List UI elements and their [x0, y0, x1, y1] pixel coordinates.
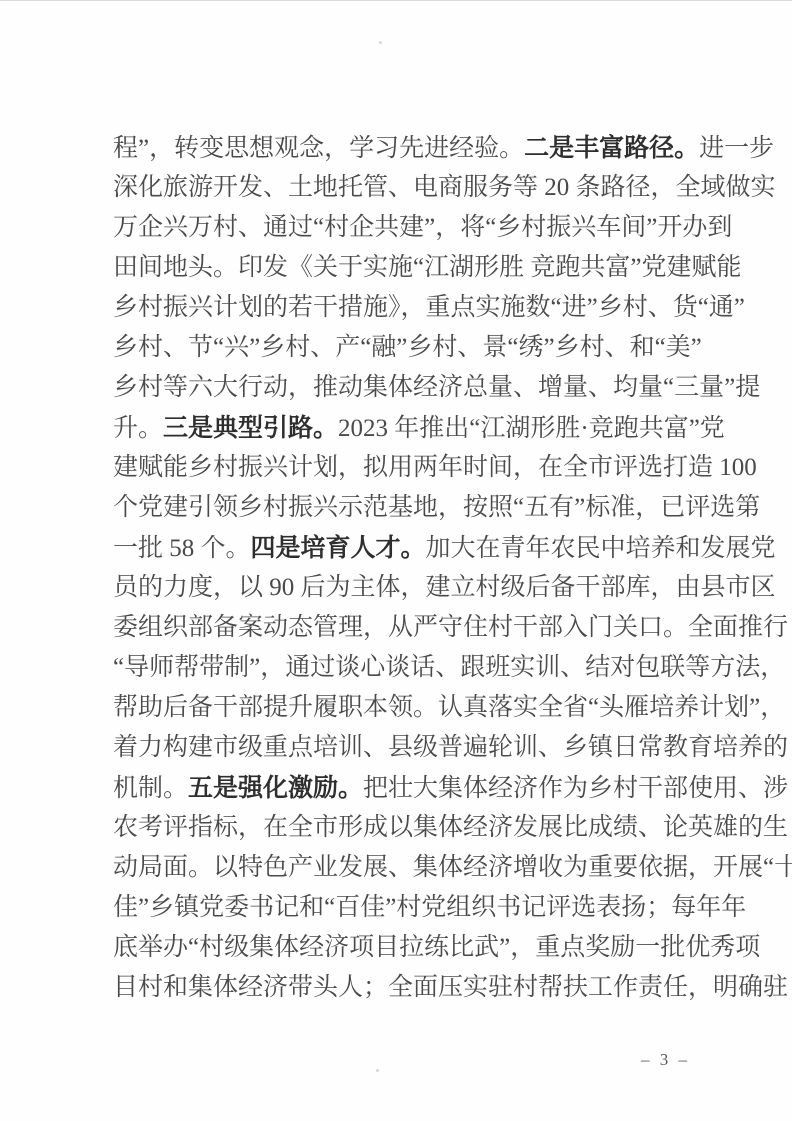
- text-line: 着力构建市级重点培训、县级普遍轮训、乡镇日常教育培养的: [113, 728, 698, 768]
- text-line: 乡村等六大行动，推动集体经济总量、增量、均量“三量”提: [113, 368, 698, 408]
- text-line: 乡村振兴计划的若干措施》，重点实施数“进”乡村、货“通”: [113, 288, 698, 328]
- bold-heading-run: 五是强化激励。: [188, 774, 363, 802]
- text-run: 底举办“村级集体经济项目拉练比武”，重点奖励一批优秀项: [113, 934, 760, 961]
- text-run: 乡村振兴计划的若干措施》，重点实施数“进”乡村、货“通”: [113, 294, 745, 321]
- bold-heading-run: 三是典型引路。: [163, 414, 338, 442]
- text-line: 升。三是典型引路。2023 年推出“江湖形胜·竞跑共富”党: [113, 408, 698, 448]
- text-run: 农考评指标，在全市形成以集体经济发展比成绩、论英雄的生: [113, 814, 788, 841]
- text-line: 目村和集体经济带头人；全面压实驻村帮扶工作责任，明确驻: [113, 968, 698, 1008]
- text-line: 乡村、节“兴”乡村、产“融”乡村、景“绣”乡村、和“美”: [113, 328, 698, 368]
- text-line: 委组织部备案动态管理，从严守住村干部入门关口。全面推行: [113, 608, 698, 648]
- document-page: 程”，转变思想观念，学习先进经验。二是丰富路径。进一步深化旅游开发、土地托管、电…: [0, 0, 792, 1121]
- text-run: 加大在青年农民中培养和发展党: [426, 535, 776, 562]
- text-run: 机制。: [113, 775, 188, 802]
- bold-heading-run: 二是丰富路径。: [524, 134, 699, 162]
- bold-heading-run: 四是培育人才。: [251, 534, 426, 562]
- text-run: 员的力度，以 90 后为主体，建立村级后备干部库，由县市区: [113, 574, 776, 601]
- text-line: 田间地头。印发《关于实施“江湖形胜 竞跑共富”党建赋能: [113, 248, 698, 288]
- text-line: 个党建引领乡村振兴示范基地，按照“五有”标准，已评选第: [113, 488, 698, 528]
- text-run: 程”，转变思想观念，学习先进经验。: [113, 135, 524, 162]
- text-line: 一批 58 个。四是培育人才。加大在青年农民中培养和发展党: [113, 528, 698, 568]
- text-line: 帮助后备干部提升履职本领。认真落实全省“头雁培养计划”，: [113, 688, 698, 728]
- text-run: “导师帮带制”，通过谈心谈话、跟班实训、结对包联等方法，: [113, 654, 785, 681]
- text-run: 佳”乡镇党委书记和“百佳”村党组织书记评选表扬；每年年: [113, 894, 746, 921]
- text-line: 底举办“村级集体经济项目拉练比武”，重点奖励一批优秀项: [113, 928, 698, 968]
- text-line: 万企兴万村、通过“村企共建”，将“乡村振兴车间”开办到: [113, 208, 698, 248]
- scan-speck: [379, 41, 382, 44]
- text-run: 2023 年推出“江湖形胜·竞跑共富”党: [338, 415, 725, 442]
- text-run: 目村和集体经济带头人；全面压实驻村帮扶工作责任，明确驻: [113, 974, 788, 1001]
- text-line: 佳”乡镇党委书记和“百佳”村党组织书记评选表扬；每年年: [113, 888, 698, 928]
- text-line: 程”，转变思想观念，学习先进经验。二是丰富路径。进一步: [113, 128, 698, 168]
- scan-speck: [376, 1069, 379, 1072]
- text-line: 农考评指标，在全市形成以集体经济发展比成绩、论英雄的生: [113, 808, 698, 848]
- text-line: “导师帮带制”，通过谈心谈话、跟班实训、结对包联等方法，: [113, 648, 698, 688]
- text-run: 乡村、节“兴”乡村、产“融”乡村、景“绣”乡村、和“美”: [113, 334, 702, 361]
- text-run: 升。: [113, 415, 163, 442]
- text-run: 深化旅游开发、土地托管、电商服务等 20 条路径，全域做实: [113, 174, 776, 201]
- text-run: 乡村等六大行动，推动集体经济总量、增量、均量“三量”提: [113, 374, 760, 401]
- text-run: 万企兴万村、通过“村企共建”，将“乡村振兴车间”开办到: [113, 214, 732, 241]
- text-line: 动局面。以特色产业发展、集体经济增收为重要依据，开展“十: [113, 848, 698, 888]
- text-run: 委组织部备案动态管理，从严守住村干部入门关口。全面推行: [113, 614, 788, 641]
- text-run: 建赋能乡村振兴计划，拟用两年时间，在全市评选打造 100: [113, 454, 757, 481]
- text-run: 动局面。以特色产业发展、集体经济增收为重要依据，开展“十: [113, 854, 792, 881]
- text-line: 员的力度，以 90 后为主体，建立村级后备干部库，由县市区: [113, 568, 698, 608]
- text-line: 深化旅游开发、土地托管、电商服务等 20 条路径，全域做实: [113, 168, 698, 208]
- text-line: 建赋能乡村振兴计划，拟用两年时间，在全市评选打造 100: [113, 448, 698, 488]
- text-run: 把壮大集体经济作为乡村干部使用、涉: [363, 775, 788, 802]
- text-run: 帮助后备干部提升履职本领。认真落实全省“头雁培养计划”，: [113, 694, 785, 721]
- text-run: 一批 58 个。: [113, 535, 251, 562]
- text-run: 着力构建市级重点培训、县级普遍轮训、乡镇日常教育培养的: [113, 734, 788, 761]
- text-line: 机制。五是强化激励。把壮大集体经济作为乡村干部使用、涉: [113, 768, 698, 808]
- document-body: 程”，转变思想观念，学习先进经验。二是丰富路径。进一步深化旅游开发、土地托管、电…: [113, 128, 698, 1008]
- text-run: 进一步: [699, 135, 774, 162]
- text-run: 田间地头。印发《关于实施“江湖形胜 竞跑共富”党建赋能: [113, 254, 741, 281]
- page-number: – 3 –: [630, 1050, 690, 1070]
- text-run: 个党建引领乡村振兴示范基地，按照“五有”标准，已评选第: [113, 494, 760, 521]
